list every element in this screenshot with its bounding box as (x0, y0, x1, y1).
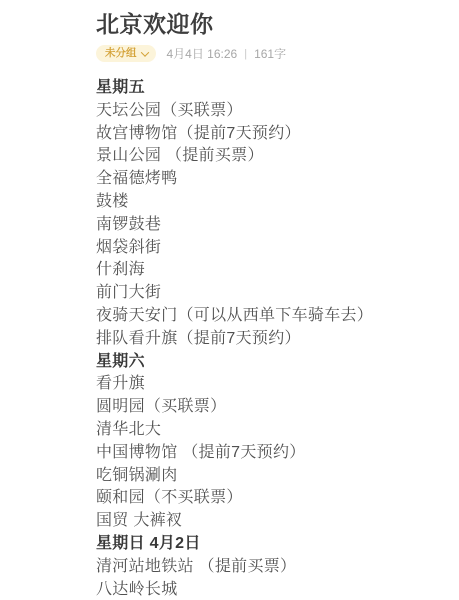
note-line: 清河站地铁站 （提前买票） (96, 556, 439, 579)
note-line: 故宫博物馆（提前7天预约） (96, 123, 439, 146)
note-line: 八达岭长城 (96, 579, 439, 600)
note-line: 看升旗 (96, 373, 439, 396)
section-header-line: 星期六 (96, 351, 439, 374)
note-line: 南锣鼓巷 (96, 214, 439, 237)
note-line: 天坛公园（买联票） (96, 100, 439, 123)
section-header-line: 星期五 (96, 77, 439, 100)
note-line: 国贸 大裤衩 (96, 510, 439, 533)
note-datetime: 4月4日 16:26 (167, 45, 238, 62)
note-line: 景山公园 （提前买票） (96, 145, 439, 168)
meta-divider: | (244, 48, 247, 60)
note-meta-info: 4月4日 16:26 | 161字 (167, 45, 287, 62)
note-line: 吃铜锅涮肉 (96, 465, 439, 488)
note-line: 圆明园（买联票） (96, 396, 439, 419)
note-line: 夜骑天安门（可以从西单下车骑车去） (96, 305, 439, 328)
note-title: 北京欢迎你 (96, 9, 439, 39)
note-page: 北京欢迎你 未分组 4月4日 16:26 | 161字 星期五天坛公园（买联票）… (0, 0, 459, 600)
section-header-line: 星期日 4月2日 (96, 533, 439, 556)
note-line: 前门大街 (96, 282, 439, 305)
group-selector[interactable]: 未分组 (96, 45, 156, 62)
chevron-down-icon (140, 48, 148, 56)
note-body[interactable]: 星期五天坛公园（买联票）故宫博物馆（提前7天预约）景山公园 （提前买票）全福德烤… (96, 77, 439, 600)
note-line: 什刹海 (96, 259, 439, 282)
note-line: 排队看升旗（提前7天预约） (96, 328, 439, 351)
note-line: 鼓楼 (96, 191, 439, 214)
note-line: 全福德烤鸭 (96, 168, 439, 191)
note-line: 颐和园（不买联票） (96, 487, 439, 510)
note-line: 烟袋斜街 (96, 237, 439, 260)
note-line: 清华北大 (96, 419, 439, 442)
note-line: 中国博物馆 （提前7天预约） (96, 442, 439, 465)
note-meta-row: 未分组 4月4日 16:26 | 161字 (96, 45, 439, 62)
note-word-count: 161字 (254, 45, 286, 62)
group-label: 未分组 (105, 48, 137, 59)
